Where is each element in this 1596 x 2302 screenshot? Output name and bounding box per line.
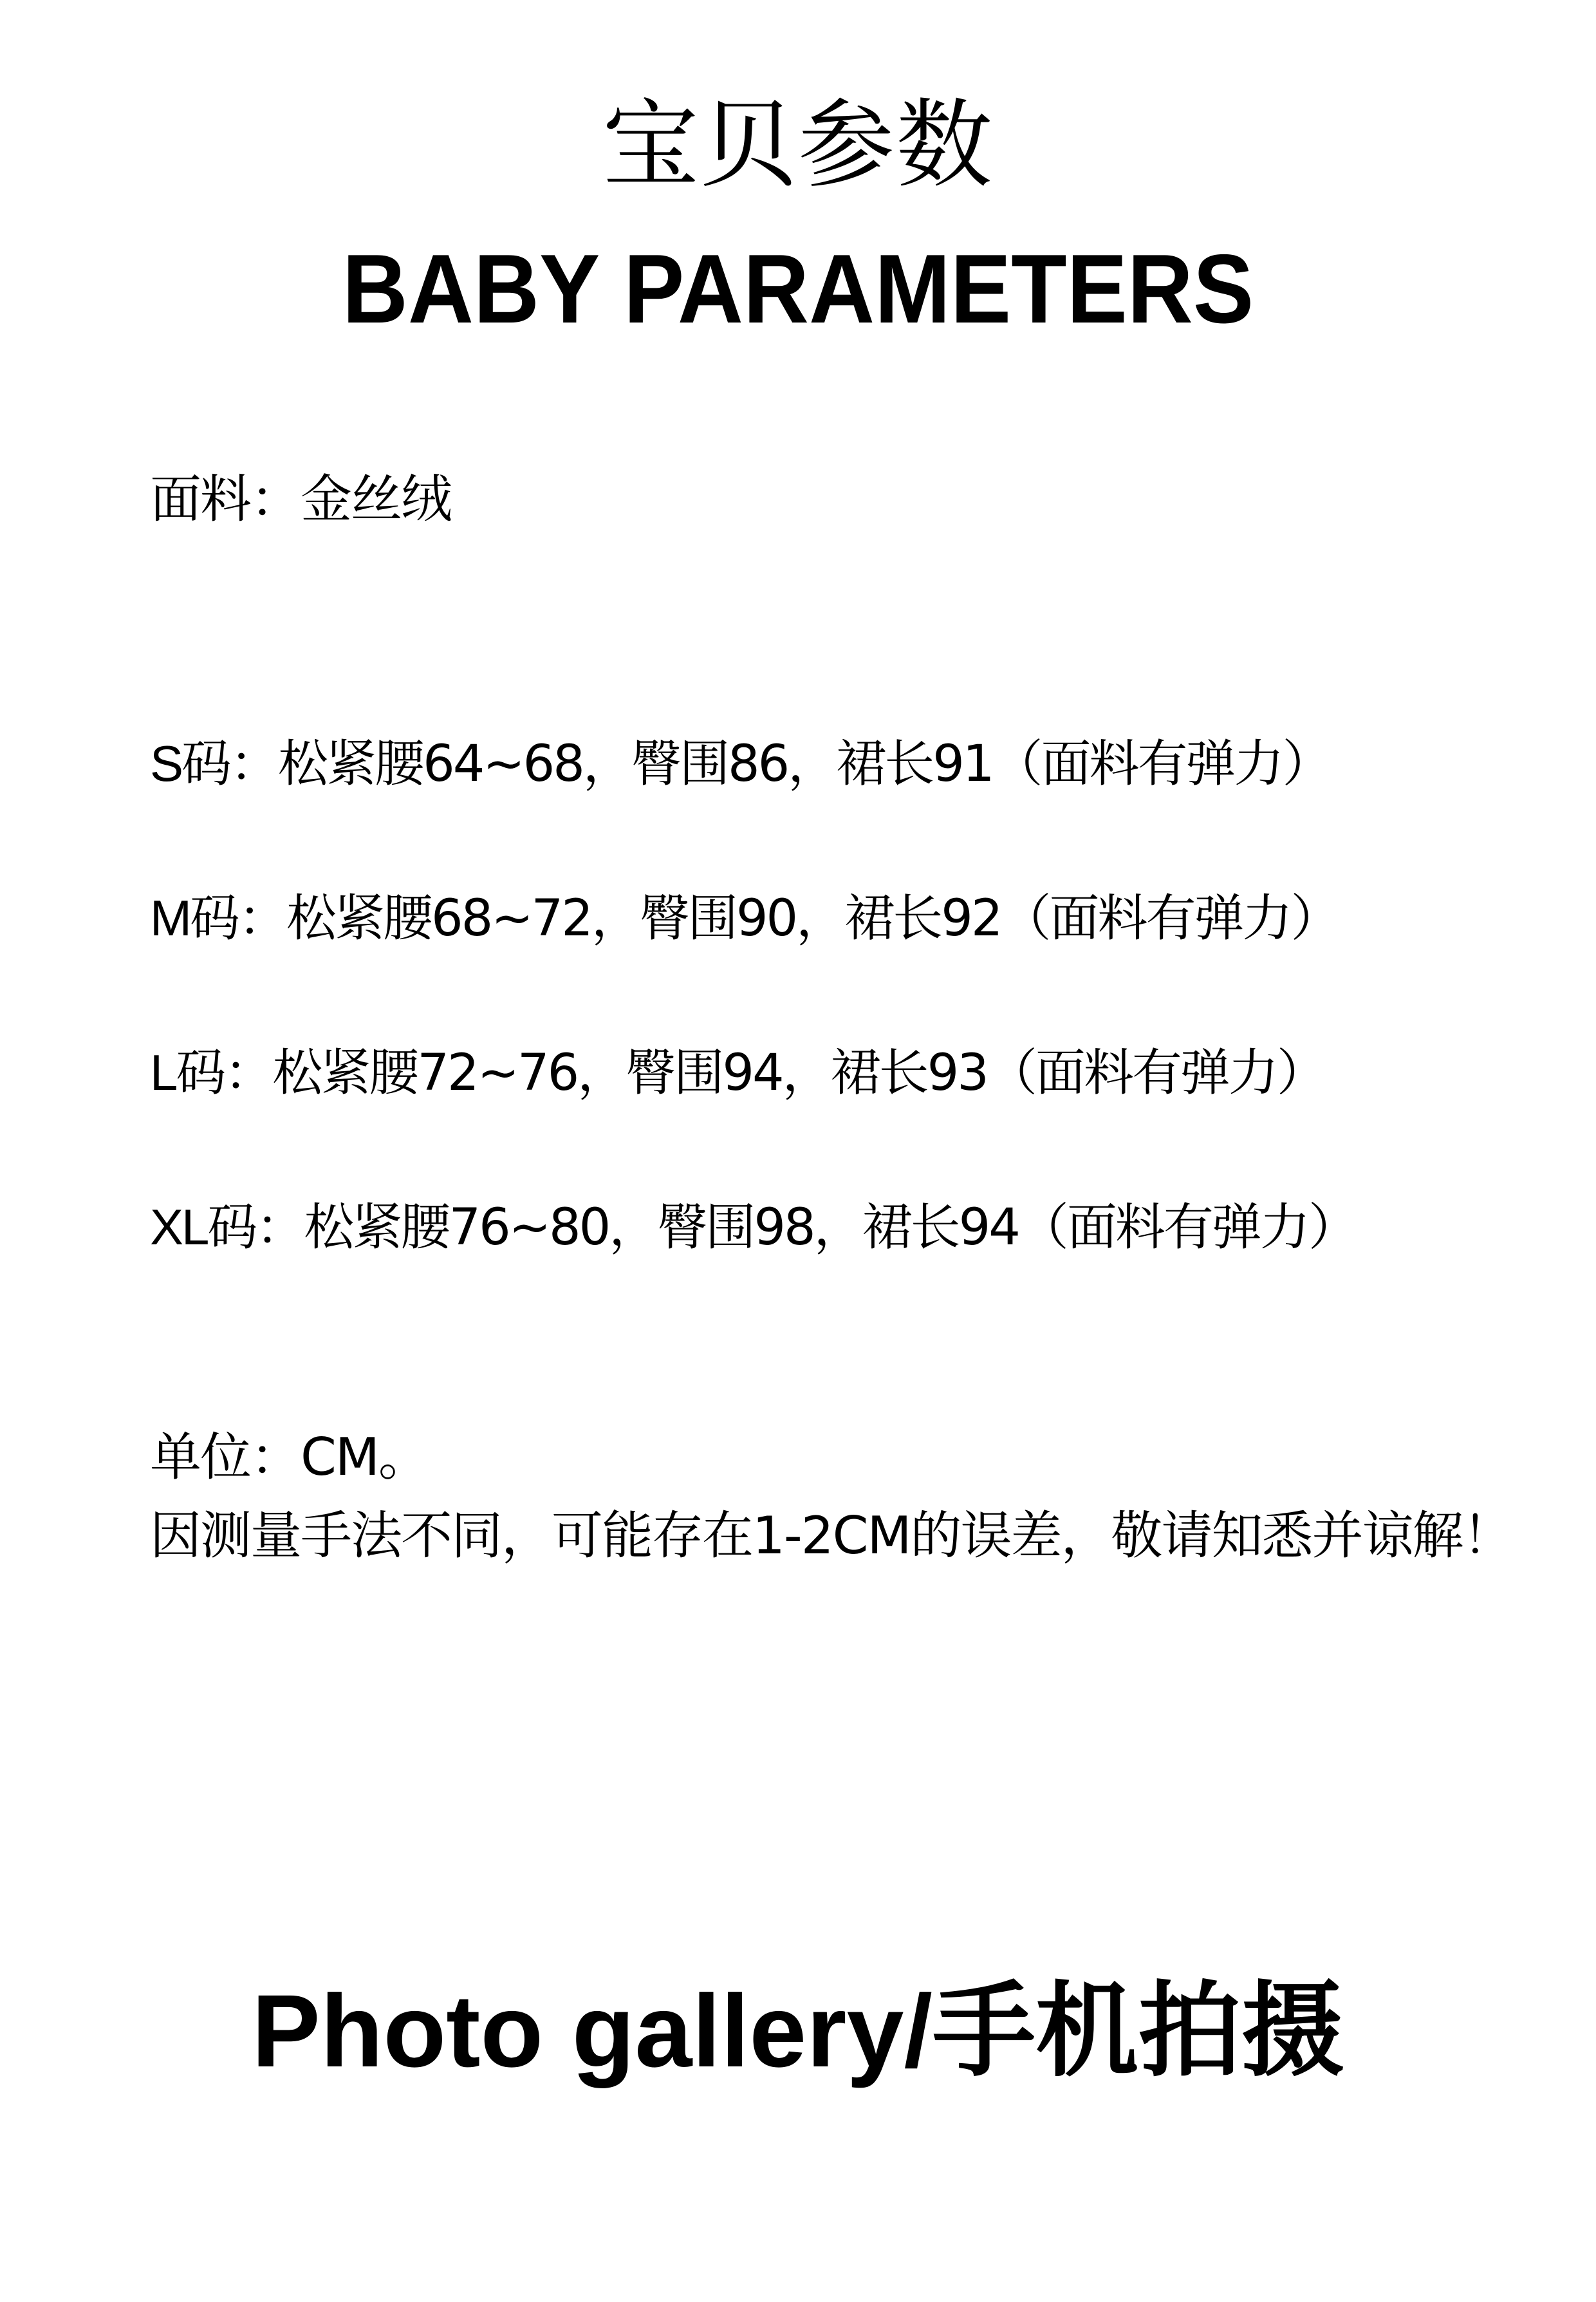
length-label: 裙长 [836, 735, 933, 793]
size-suffix: 码： [190, 890, 286, 948]
size-suffix: 码： [176, 1044, 272, 1102]
length-value: 92 [941, 890, 1001, 948]
length-value: 93 [927, 1044, 987, 1102]
waist-label: 松紧腰 [304, 1199, 449, 1257]
hip-label: 臀围 [626, 1044, 722, 1102]
material-label: 面料： [150, 469, 301, 529]
size-row-l: L码：松紧腰72~76，臀围94，裙长93（面料有弹力） [150, 1042, 1357, 1196]
hip-label: 臀围 [657, 1199, 754, 1257]
material-value: 金丝绒 [301, 469, 451, 529]
separator: ， [814, 1199, 862, 1257]
material-line: 面料：金丝绒 [150, 469, 451, 530]
stretch-note: （面料有弹力） [987, 1044, 1325, 1102]
size-code: S [150, 735, 181, 792]
page-title-chinese: 宝贝参数 [0, 91, 1596, 200]
waist-value: 64~68 [423, 735, 583, 793]
size-code: XL [150, 1199, 207, 1255]
waist-value: 76~80 [449, 1199, 609, 1257]
length-label: 裙长 [862, 1199, 959, 1257]
separator: ， [788, 735, 836, 793]
waist-label: 松紧腰 [278, 735, 423, 793]
size-suffix: 码： [181, 735, 278, 793]
hip-value: 94 [722, 1044, 782, 1102]
hip-value: 86 [728, 735, 788, 793]
stretch-note: （面料有弹力） [1019, 1199, 1357, 1257]
size-code: L [150, 1044, 176, 1101]
length-label: 裙长 [844, 890, 941, 948]
waist-label: 松紧腰 [286, 890, 431, 948]
hip-label: 臀围 [631, 735, 728, 793]
unit-line: 单位：CM。 [150, 1427, 429, 1488]
measurement-disclaimer: 因测量手法不同，可能存在1-2CM的误差，敬请知悉并谅解！ [150, 1505, 1513, 1567]
page-title-english: BABY PARAMETERS [56, 241, 1540, 337]
hip-value: 90 [736, 890, 796, 948]
separator: ， [583, 735, 631, 793]
size-code: M [150, 890, 190, 946]
size-row-xl: XL码：松紧腰76~80，臀围98，裙长94（面料有弹力） [150, 1196, 1357, 1351]
separator: ， [609, 1199, 657, 1257]
photo-gallery-heading: Photo gallery/手机拍摄 [0, 1970, 1596, 2092]
separator: ， [796, 890, 844, 948]
hip-value: 98 [754, 1199, 813, 1257]
length-value: 94 [959, 1199, 1019, 1257]
separator: ， [591, 890, 640, 948]
hip-label: 臀围 [640, 890, 736, 948]
stretch-note: （面料有弹力） [1001, 890, 1339, 948]
size-suffix: 码： [207, 1199, 304, 1257]
separator: ， [577, 1044, 626, 1102]
separator: ， [783, 1044, 831, 1102]
length-label: 裙长 [831, 1044, 927, 1102]
waist-value: 72~76 [417, 1044, 577, 1102]
waist-value: 68~72 [431, 890, 591, 948]
stretch-note: （面料有弹力） [993, 735, 1331, 793]
length-value: 91 [933, 735, 992, 793]
size-row-s: S码：松紧腰64~68，臀围86，裙长91（面料有弹力） [150, 733, 1357, 887]
waist-label: 松紧腰 [272, 1044, 417, 1102]
size-list: S码：松紧腰64~68，臀围86，裙长91（面料有弹力） M码：松紧腰68~72… [150, 733, 1357, 1351]
size-row-m: M码：松紧腰68~72，臀围90，裙长92（面料有弹力） [150, 887, 1357, 1042]
